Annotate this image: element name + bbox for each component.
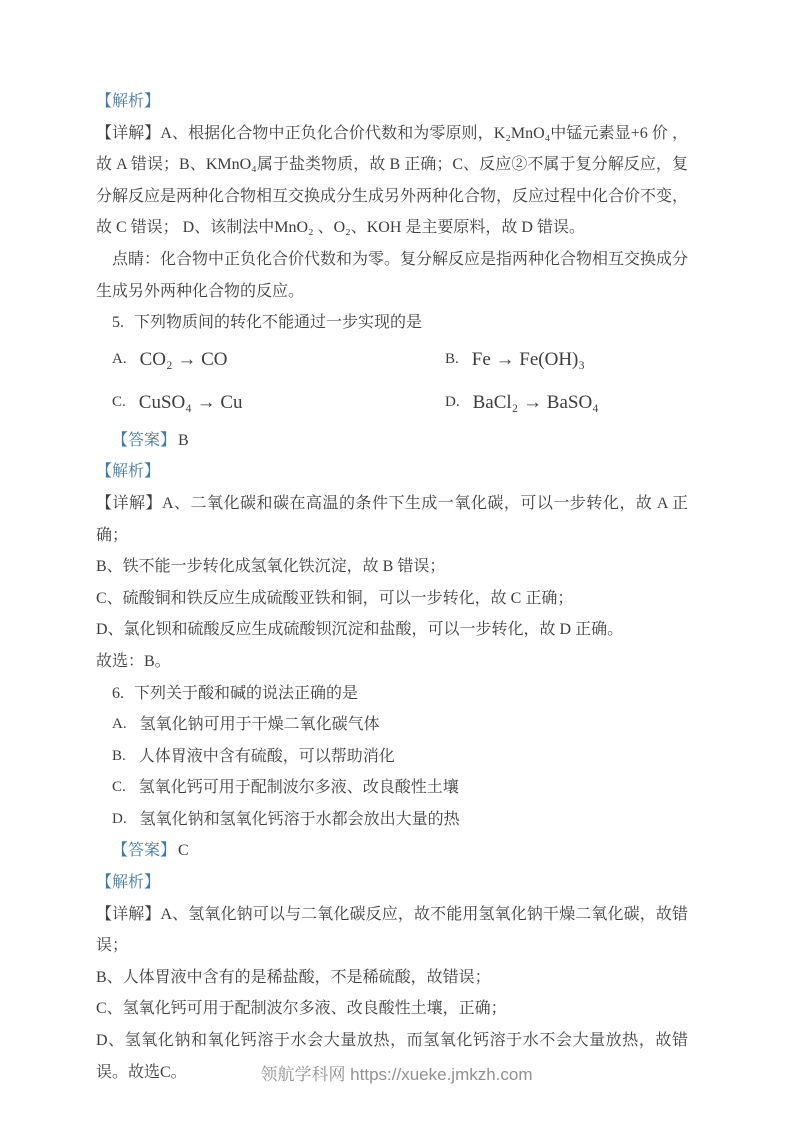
question-6-option-c: C. 氢氧化钙可用于配制波尔多液、改良酸性土壤 bbox=[96, 772, 688, 804]
q4-analysis-marker: 【解析】 bbox=[96, 86, 688, 118]
option-b-formula: Fe → Fe(OH)₃ bbox=[472, 344, 585, 376]
question-5-option-d: D. BaCl₂ → BaSO₄ bbox=[445, 382, 688, 425]
watermark-footer: 领航学科网 https://xueke.jmkzh.com bbox=[0, 1060, 793, 1085]
q5-analysis-marker: 【解析】 bbox=[96, 456, 688, 488]
question-5-text: 下列物质间的转化不能通过一步实现的是 bbox=[134, 314, 422, 331]
q6-detail-c: C、氢氧化钙可用于配制波尔多液、改良酸性土壤，正确； bbox=[96, 993, 688, 1025]
option-b-letter: B. bbox=[112, 741, 126, 773]
q5-detail-b: B、铁不能一步转化成氢氧化铁沉淀，故 B 错误； bbox=[96, 551, 688, 583]
option-c-letter: C. bbox=[112, 387, 126, 419]
option-d-letter: D. bbox=[112, 804, 127, 836]
question-5-stem: 5.下列物质间的转化不能通过一步实现的是 bbox=[96, 307, 688, 339]
option-c-formula: CuSO₄ → Cu bbox=[139, 387, 243, 419]
option-d-letter: D. bbox=[445, 387, 460, 419]
option-c-letter: C. bbox=[112, 772, 126, 804]
question-6-stem: 6.下列关于酸和碱的说法正确的是 bbox=[96, 678, 688, 710]
q6-detail-a: 【详解】A、氢氧化钠可以与二氧化碳反应，故不能用氢氧化钠干燥二氧化碳，故错误； bbox=[96, 899, 688, 962]
question-5-answer-value: B bbox=[178, 432, 189, 449]
question-6-text: 下列关于酸和碱的说法正确的是 bbox=[134, 685, 358, 702]
q6-analysis-marker: 【解析】 bbox=[96, 867, 688, 899]
q4-detail-paragraph: 【详解】A、根据化合物中正负化合价代数和为零原则，K₂MnO₄中锰元素显+6 价… bbox=[96, 118, 688, 244]
question-5-number: 5. bbox=[112, 314, 124, 331]
q5-conclusion: 故选：B。 bbox=[96, 646, 688, 678]
q4-note-paragraph: 点睛：化合物中正负化合价代数和为零。复分解反应是指两种化合物相互交换成分生成另外… bbox=[96, 244, 688, 307]
option-d-formula: BaCl₂ → BaSO₄ bbox=[473, 387, 599, 419]
option-a-letter: A. bbox=[112, 709, 127, 741]
option-a-text: 氢氧化钠可用于干燥二氧化碳气体 bbox=[140, 709, 380, 741]
question-5-options: A. CO₂ → CO B. Fe → Fe(OH)₃ C. CuSO₄ → C… bbox=[96, 339, 688, 425]
question-5-answer-line: 【答案】B bbox=[96, 425, 688, 457]
option-a-formula: CO₂ → CO bbox=[140, 344, 228, 376]
document-body: 【解析】 【详解】A、根据化合物中正负化合价代数和为零原则，K₂MnO₄中锰元素… bbox=[96, 86, 688, 1088]
option-b-text: 人体胃液中含有硫酸，可以帮助消化 bbox=[139, 741, 395, 773]
question-6-answer-value: C bbox=[178, 842, 189, 859]
question-6-answer-line: 【答案】C bbox=[96, 835, 688, 867]
option-c-text: 氢氧化钙可用于配制波尔多液、改良酸性土壤 bbox=[139, 772, 459, 804]
question-6-option-d: D. 氢氧化钠和氢氧化钙溶于水都会放出大量的热 bbox=[96, 804, 688, 836]
option-b-letter: B. bbox=[445, 344, 459, 376]
answer-marker: 【答案】 bbox=[112, 842, 176, 859]
option-d-text: 氢氧化钠和氢氧化钙溶于水都会放出大量的热 bbox=[140, 804, 460, 836]
q5-detail-d: D、氯化钡和硫酸反应生成硫酸钡沉淀和盐酸，可以一步转化，故 D 正确。 bbox=[96, 614, 688, 646]
question-6-option-b: B. 人体胃液中含有硫酸，可以帮助消化 bbox=[96, 741, 688, 773]
question-5-option-c: C. CuSO₄ → Cu bbox=[112, 382, 445, 425]
q5-detail-c: C、硫酸铜和铁反应生成硫酸亚铁和铜，可以一步转化，故 C 正确； bbox=[96, 583, 688, 615]
question-5-option-a: A. CO₂ → CO bbox=[112, 339, 445, 382]
question-5-option-b: B. Fe → Fe(OH)₃ bbox=[445, 339, 688, 382]
question-6-option-a: A. 氢氧化钠可用于干燥二氧化碳气体 bbox=[96, 709, 688, 741]
q6-detail-b: B、人体胃液中含有的是稀盐酸，不是稀硫酸，故错误； bbox=[96, 962, 688, 994]
question-6-number: 6. bbox=[112, 685, 124, 702]
answer-marker: 【答案】 bbox=[112, 432, 176, 449]
option-a-letter: A. bbox=[112, 344, 127, 376]
q5-detail-a: 【详解】A、二氧化碳和碳在高温的条件下生成一氧化碳，可以一步转化，故 A 正确； bbox=[96, 488, 688, 551]
